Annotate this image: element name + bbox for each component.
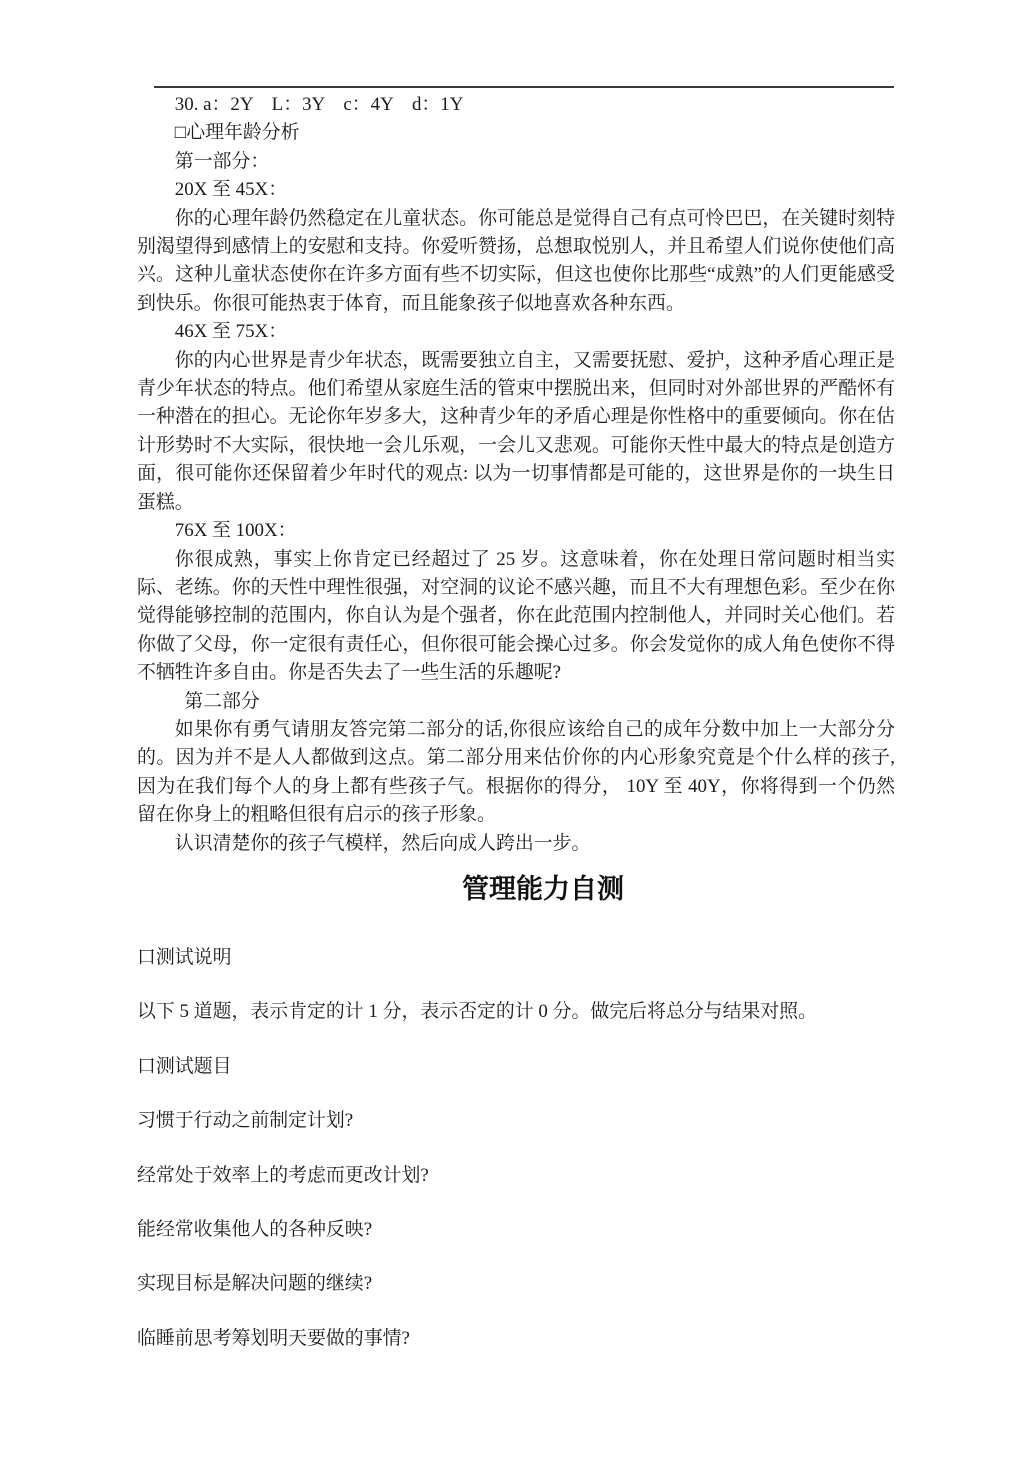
range3-description: 你很成熟，事实上你肯定已经超过了 25 岁。这意味着，你在处理日常问题时相当实际…: [137, 546, 895, 688]
test-instructions-label: 口测试说明: [137, 944, 895, 972]
range3-label: 76X 至 100X：: [137, 517, 895, 545]
test-question-4: 实现目标是解决问题的继续?: [137, 1270, 895, 1298]
part1-label: 第一部分：: [137, 148, 895, 176]
test-questions-label: 口测试题目: [137, 1053, 895, 1081]
test-question-1: 习惯于行动之前制定计划?: [137, 1107, 895, 1135]
closing-line: 认识清楚你的孩子气模样，然后向成人跨出一步。: [137, 830, 895, 858]
header-rule: [154, 86, 894, 88]
answer-key-line: 30. a：2Y L：3Y c：4Y d：1Y: [137, 91, 895, 119]
range2-label: 46X 至 75X：: [137, 318, 895, 346]
management-test-heading: 管理能力自测: [137, 870, 895, 908]
psych-age-section-title: □心理年龄分析: [137, 119, 895, 147]
document-content: 30. a：2Y L：3Y c：4Y d：1Y □心理年龄分析 第一部分： 20…: [137, 86, 895, 1379]
range2-description: 你的内心世界是青少年状态，既需要独立自主，又需要抚慰、爱护，这种矛盾心理正是青少…: [137, 347, 895, 517]
part2-label: 第二部分: [137, 688, 895, 716]
test-question-2: 经常处于效率上的考虑而更改计划?: [137, 1162, 895, 1190]
range1-description: 你的心理年龄仍然稳定在儿童状态。你可能总是觉得自己有点可怜巴巴，在关键时刻特别渴…: [137, 205, 895, 319]
document-page: 30. a：2Y L：3Y c：4Y d：1Y □心理年龄分析 第一部分： 20…: [0, 0, 1036, 1465]
part2-description: 如果你有勇气请朋友答完第二部分的话,你很应该给自己的成年分数中加上一大部分分的。…: [137, 716, 895, 830]
test-question-3: 能经常收集他人的各种反映?: [137, 1216, 895, 1244]
test-question-5: 临睡前思考筹划明天要做的事情?: [137, 1325, 895, 1353]
test-instructions-text: 以下 5 道题，表示肯定的计 1 分，表示否定的计 0 分。做完后将总分与结果对…: [137, 998, 895, 1026]
range1-label: 20X 至 45X：: [137, 176, 895, 204]
